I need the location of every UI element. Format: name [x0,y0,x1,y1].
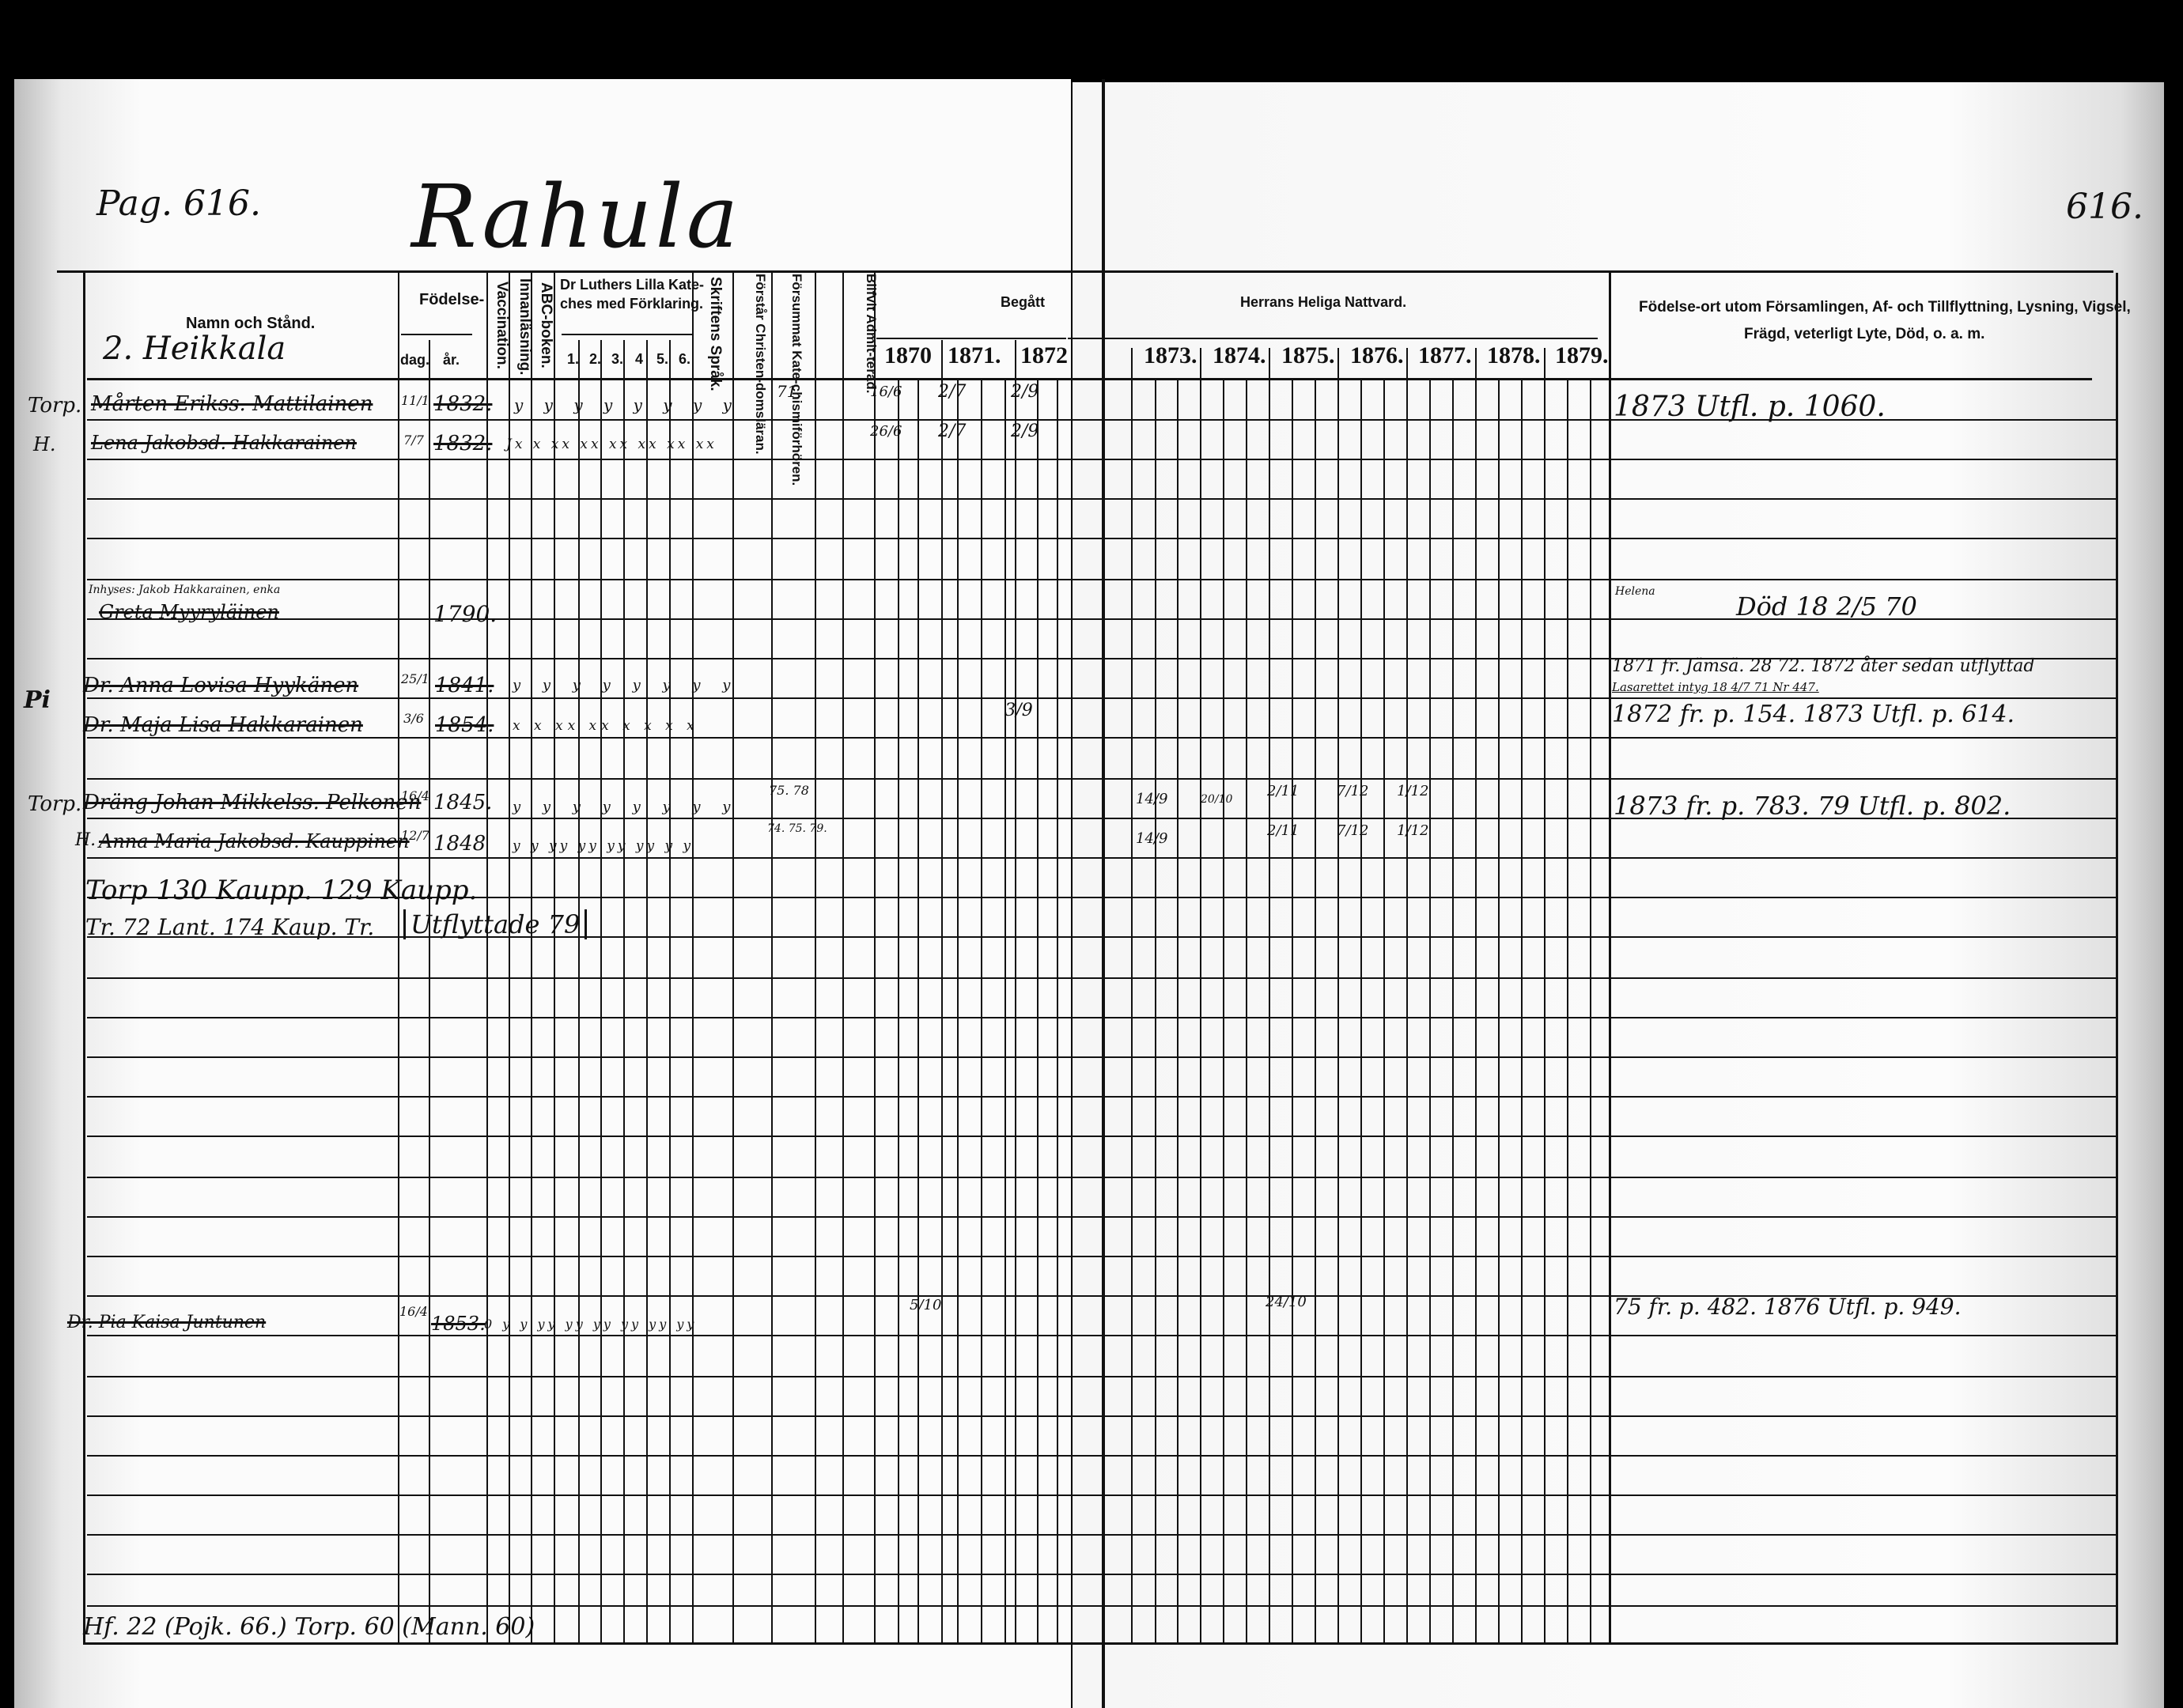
nattvard-underline [1068,338,1598,339]
entry-name: Tr. 72 Lant. 174 Kaup. Tr. [85,914,374,940]
entry-birth-day: 11/1 [401,392,426,410]
entry-marks: y y y y y y y y [513,677,739,693]
communion-1877: 1/12 [1397,822,1421,840]
katekes-part-2: 2. [589,351,601,368]
katekes-underline [562,334,692,335]
entry-notes: 75 fr. p. 482. 1876 Utfl. p. 949. [1614,1294,1962,1320]
entry-notes-line2: Lasarettet intyg 18 4/7 71 Nr 447. [1612,680,1819,694]
year-1872: 1872 [1020,342,1068,369]
entry-name-prefix: Inhyses: Jakob Hakkarainen, enka [89,584,280,596]
header-top-rule [57,270,2113,273]
header-begatt: Begått [1001,294,1045,311]
entry-birth-year: 1832. [433,432,492,455]
entry-margin: Torp. [28,792,81,816]
communion-1877: 1/12 [1397,783,1421,800]
right-page-number: 616. [2066,187,2143,227]
entry-name: Dr. Pia Kaisa Juntunen [67,1313,266,1332]
katekes-part-3: 3. [611,351,623,368]
entry-forsummat: 74. 75. 79. [767,822,827,835]
header-bottom-rule [87,378,2092,380]
entry-margin: Torp. [28,394,81,418]
year-1874: 1874. [1213,342,1266,369]
entry-notes: 1873 Utfl. p. 1060. [1614,391,1886,423]
header-fodelse: Födelse- [419,291,484,309]
village-title: Rahula [411,166,741,267]
year-1876: 1876. [1350,342,1404,369]
fodelse-underline [401,334,472,335]
entry-birth-year: 1854. [435,713,494,737]
entry-name: Dräng Johan Mikkelss. Pelkonen [83,791,421,814]
header-forstar-christendomslaran: Förstår Christen-domsläran. [736,274,767,375]
header-katekes-line2: ches med Förklaring. [560,296,703,312]
communion-1873: 14/9 [1136,791,1158,808]
header-skriftens-sprak: Skriftens Språk. [708,277,723,372]
entry-birth-year: 1848 [433,832,486,856]
communion-1872: 2/9 [1011,423,1035,440]
entry-name: Dr. Maja Lisa Hakkarainen [83,713,363,737]
year-1879: 1879. [1555,342,1609,369]
header-abc-boken: ABC-boken. [539,278,554,372]
katekes-part-4: 4 [635,351,643,368]
communion-1875: 2/11 [1267,783,1291,800]
year-1877: 1877. [1418,342,1472,369]
entry-notes: 1873 fr. p. 783. 79 Utfl. p. 802. [1614,791,2011,821]
entry-marks: y y y y y y y y [514,395,740,414]
begatt-underline [876,338,1066,339]
header-herrans-heliga-nattvard: Herrans Heliga Nattvard. [1240,294,1406,311]
entry-name: Torp 130 Kaupp. 129 Kaupp. [85,875,477,906]
entry-marks: Jx x xx xx xx xx xx xx [506,436,717,452]
header-dag: dag. [400,352,429,368]
right-page [1073,82,2164,1708]
entry-admitted-note: 71. [777,382,802,401]
entry-marks: 0 y y yy yy yy yy yy yy [484,1317,697,1332]
entry-margin: Pi [24,686,51,714]
entry-marks: y y y y y y y y [513,799,739,815]
entry-birth-year: 1790. [433,601,497,627]
communion-1870: 16/6 [870,384,894,401]
communion-1871: 2/7 [938,384,962,401]
katekes-part-1: 1. [567,351,579,368]
entry-marks: y y yy yy yy yy y y [513,838,694,854]
communion-1876: 7/12 [1337,822,1360,840]
entry-birth-day: 16/4 [399,1303,425,1321]
entry-margin: H. [33,433,56,455]
communion-1870: 5/10 [910,1297,933,1314]
katekes-part-5: 5. [656,351,668,368]
entry-birth-day: 25/1 [401,671,426,688]
header-notes-line2: Frägd, veterligt Lyte, Död, o. a. m. [1744,326,1984,343]
entry-forsummat: 75. 78 [769,783,809,798]
communion-1875: 2/11 [1267,822,1291,840]
entry-birth-year: 1841. [435,674,494,697]
entry-name: Lena Jakobsd. Hakkarainen [91,432,357,454]
header-blifvit-admitterad: Blifvit Admit-terad. [846,274,878,375]
entry-birth-day: 16/4 [401,788,426,805]
year-1875: 1875. [1281,342,1335,369]
header-vaccination: Vaccination. [494,278,509,372]
entry-birth-day: 7/7 [401,432,426,449]
communion-1870: 26/6 [870,423,894,440]
entry-year-note: Utflyttade 79 [403,909,587,939]
left-page-label: Pag. 616. [96,183,261,224]
year-1871: 1871. [948,342,1001,369]
entry-name: Hf. 22 (Pojk. 66.) Torp. 60 (Mann. 60) [83,1613,535,1641]
entry-name: Dr. Anna Lovisa Hyykänen [83,674,358,697]
katekes-part-6: 6. [679,351,690,368]
header-forsummat-katekismiforhoren: Försummat Kate-chismiförhören. [772,274,804,375]
entry-notes-prefix: Helena [1615,585,1655,598]
year-1878: 1878. [1487,342,1541,369]
entry-birth-year: 1853. [431,1313,486,1335]
communion-1874: 20/10 [1201,791,1223,808]
entry-notes: 1872 fr. p. 154. 1873 Utfl. p. 614. [1612,701,2015,728]
year-1870: 1870 [884,342,932,369]
entry-birth-day: 3/6 [401,710,426,727]
entry-birth-year: 1832. [433,392,492,416]
entry-notes: 1871 fr. Jämsä. 28 72. 1872 åter sedan u… [1612,656,2035,676]
communion-1872: 3/9 [1003,702,1035,720]
year-1873: 1873. [1144,342,1197,369]
entry-name: Greta Myyryläinen [99,601,279,623]
household-heading: 2. Heikkala [103,331,286,367]
header-ar: år. [443,352,460,368]
header-notes-line1: Födelse-ort utom Församlingen, Af- och T… [1639,299,2131,316]
entry-name: Mårten Erikss. Mattilainen [91,392,373,416]
communion-1872: 2/9 [1011,384,1035,401]
communion-1875: 24/10 [1266,1294,1291,1311]
entry-margin: H. [75,830,96,850]
entry-birth-day: 12/7 [401,827,426,845]
entry-marks: x x xx xx x x x x [513,718,699,734]
book-spine [1102,79,1105,1708]
header-katekes-line1: Dr Luthers Lilla Kate- [560,277,704,293]
communion-1871: 2/7 [938,423,962,440]
entry-name: Anna Maria Jakobsd. Kauppinen [99,830,410,852]
communion-1876: 7/12 [1337,783,1360,800]
entry-birth-year: 1845. [433,791,492,814]
entry-notes: Död 18 2/5 70 [1736,591,1917,622]
communion-1873: 14/9 [1136,830,1158,848]
